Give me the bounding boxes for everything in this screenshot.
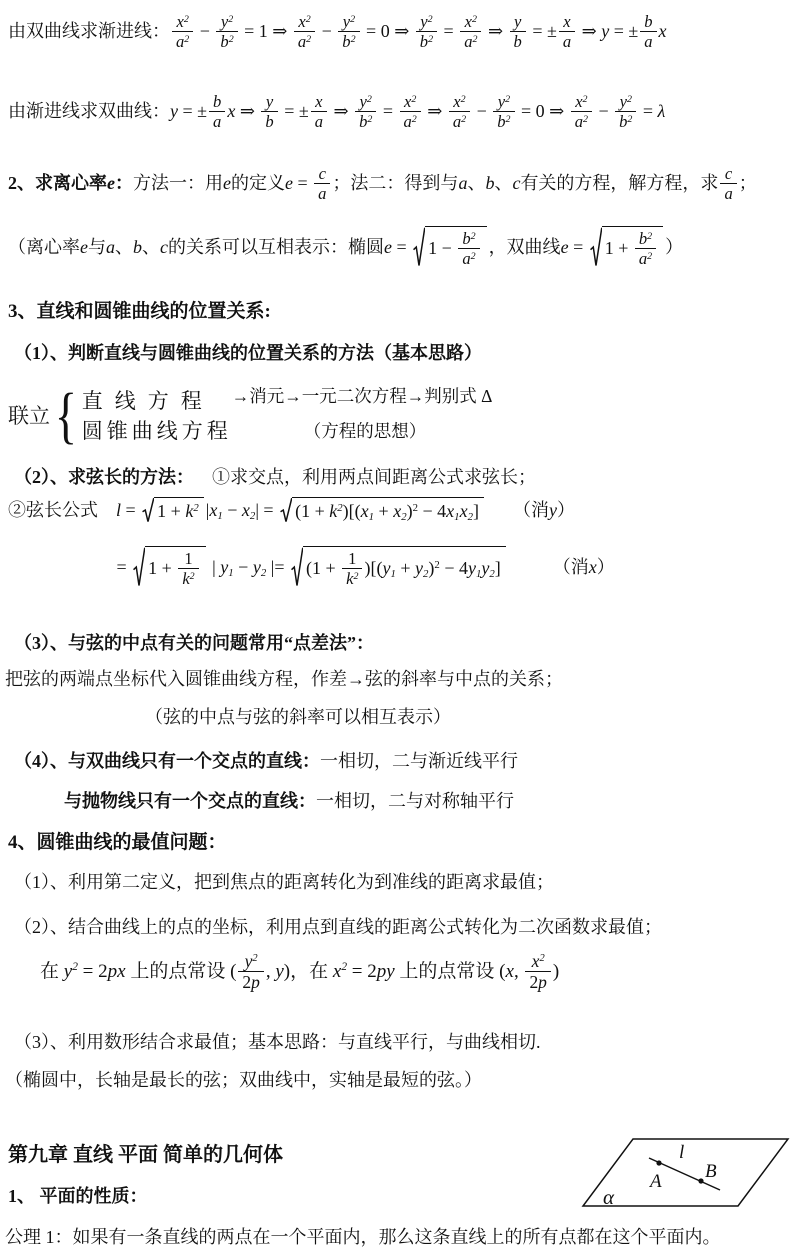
formula-token: b [213,92,221,111]
formula-token: k2 [329,500,342,523]
fraction: ca [720,164,736,203]
formula-token: p [251,972,260,992]
fraction: x2a2 [571,92,592,131]
formula-token: px [108,960,126,984]
formula-token: e [107,172,115,195]
formula-token: a2 [298,32,311,51]
formula-token: = 0 ⇒ [362,20,414,43]
fraction: y2b2 [493,92,514,131]
formula-token: x2 [298,12,310,31]
formula-token: = 2 [78,960,108,984]
formula-token: 、 [142,236,160,259]
formula-token: ，双曲线 [489,236,561,259]
formula-token: c [512,172,520,195]
formula-token: （消 [486,499,549,522]
fraction: 1k2 [178,549,198,588]
formula-token: | = [255,499,278,522]
square-root: (1 + 1k2)[(y1 + y2)2 − 4y1y2] [291,546,506,588]
formula-token: = ± [178,100,207,123]
formula-token: y2 [245,951,258,971]
formula-token: 1 + [605,237,633,260]
formula-token: x2 [242,499,255,522]
formula-token: x [563,12,570,31]
formula-token: b [265,112,273,131]
formula-token: e [561,236,569,259]
formula-token: 有关的方程，解方程，求 [520,172,718,195]
formula-token: y2 [498,92,510,111]
fraction: xa [559,12,575,51]
alpha-label: α [603,1185,615,1209]
line-midpoint-slope-note: （弦的中点与弦的斜率可以相互表示） [145,706,451,729]
formula-token: x2 [460,500,473,523]
process-chain: →消元→一元二次方程→判别式 Δ （方程的思想） [232,386,493,443]
formula-token: = 2 [347,960,377,984]
equation-stack: 直线方程 圆锥曲线方程 [82,386,232,447]
formula-token: = [378,100,397,123]
formula-token: k2 [182,569,194,588]
heading-plane-properties: 1、 平面的性质： [8,1185,148,1208]
line-parabola-one-intersection: 与抛物线只有一个交点的直线：一相切，二与对称轴平行 [64,790,514,813]
formula-token: e [80,236,88,259]
formula-token: a [213,112,221,131]
formula-token: ） [557,499,575,522]
formula-token: − 4 [440,557,468,580]
formula-token: , [514,960,524,984]
formula-token: b2 [420,32,433,51]
formula-token: y [514,12,521,31]
formula-token: a2 [464,32,477,51]
formula-token: ⇒ [329,100,353,123]
formula-token: y2 [420,12,432,31]
fraction: x2a2 [294,12,315,51]
formula-token: ⇒ [235,100,259,123]
formula-token: ； [739,172,757,195]
formula-token: x2 [333,960,347,984]
formula-asymptote-from-hyperbola: 由双曲线求渐进线：x2a2 − y2b2 = 1 ⇒ x2a2 − y2b2 =… [8,12,667,51]
heading-line-conic-position: 3、直线和圆锥曲线的位置关系: [8,300,271,324]
formula-token: + [396,557,415,580]
line-ellipse-hyperbola-chord-note: （椭圆中，长轴是最长的弦；双曲线中，实轴是最短的弦。） [5,1069,482,1092]
formula-token: e [384,236,392,259]
formula-token: y2 [221,12,233,31]
formula-token: ②弦长公式 [8,499,116,522]
formula-token: y [601,20,609,43]
formula-token: x2 [393,500,406,523]
heading-chapter-nine: 第九章 直线 平面 简单的几何体 [8,1143,283,1168]
subheading-judge-position-method: （1）、判断直线与圆锥曲线的位置关系的方法（基本思路） [14,342,482,365]
formula-token: 与抛物线只有一个交点的直线： [64,790,316,813]
formula-token: y2 [620,92,632,111]
formula-token: a2 [404,112,417,131]
left-brace-icon: { [55,382,77,450]
formula-token: 2 [529,972,538,992]
formula-token: = 0 ⇒ [517,100,569,123]
formula-token: 一相切，二与渐近线平行 [320,750,518,773]
square-root: 1 + k2 [142,497,204,523]
formula-token: y2 [343,12,355,31]
formula-token: x2 [465,12,477,31]
formula-token: , [266,960,276,984]
fraction: y22p [238,951,263,992]
formula-token: λ [658,100,666,123]
formula-token: x1 [209,499,222,522]
formula-token: 、 [467,172,485,195]
formula-token: )，在 [284,960,333,984]
formula-token: x [227,100,235,123]
formula-token: x2 [532,951,545,971]
formula-token: x [659,20,667,43]
fraction: yb [510,12,526,51]
formula-token: = [121,499,140,522]
formula-token: 在 [40,960,64,984]
formula-token: x1 [361,500,374,523]
formula-token: x [589,556,597,579]
formula-token: − [594,100,613,123]
formula-token: ) [553,960,559,984]
subheading-midpoint-method: （3）、与弦的中点有关的问题常用“点差法”： [14,632,374,655]
formula-token: − [472,100,491,123]
formula-token: )2 [407,500,418,523]
formula-token: ；法二：得到与 [332,172,458,195]
formula-token: )2 [428,557,439,580]
formula-token: b2 [619,112,632,131]
formula-token: x2 [404,92,416,111]
formula-token: y1 [220,556,233,579]
formula-token: p [538,972,547,992]
conic-equation-label: 圆锥曲线方程 [82,416,232,446]
fraction: x2a2 [460,12,481,51]
formula-token: 1 [348,549,356,568]
fraction: y2b2 [338,12,359,51]
formula-token: （2）、求弦长的方法： [14,466,194,489]
line-eccentricity-methods: 2、求离心率e：方法一：用e的定义e = ca；法二：得到与a、b、c有关的方程… [8,164,757,203]
formula-token: a [315,112,323,131]
formula-token: = [439,20,458,43]
formula-token: 1 [184,549,192,568]
fraction: x2a2 [449,92,470,131]
formula-token: − [223,499,242,522]
formula-token: （4）、与双曲线只有一个交点的直线： [14,750,320,773]
line-point-difference-description: 把弦的两端点坐标代入圆锥曲线方程，作差→弦的斜率与中点的关系； [5,668,563,691]
formula-token: )[( [343,500,361,523]
fraction: xa [311,92,327,131]
formula-token: b2 [639,229,652,248]
formula-token: y1 [468,557,481,580]
fraction: ca [314,164,330,203]
fraction: x22p [525,951,550,992]
formula-token: b [644,12,652,31]
formula-token: 由渐进线求双曲线： [8,100,170,123]
formula-token: 、 [115,236,133,259]
fraction: y2b2 [216,12,237,51]
formula-token: ⇒ [577,20,601,43]
formula-token: = ± [280,100,309,123]
formula-token: | [208,556,221,579]
formula-token: a [644,32,652,51]
formula-token: 2、求离心率 [8,172,107,195]
formula-token: |= [266,556,289,579]
formula-token: = [293,172,312,195]
line-extremum-method-1: （1）、利用第二定义，把到焦点的距离转化为到准线的距离求最值； [14,871,554,894]
line-chord-length-method: （2）、求弦长的方法： ①求交点，利用两点间距离公式求弦长； [14,466,536,489]
formula-chord-length-eliminate-y: ②弦长公式 l = 1 + k2|x1 − x2| = (1 + k2)[(x1… [8,497,575,523]
formula-token: = ± [609,20,638,43]
formula-token: 的定义 [231,172,285,195]
formula-token: − [317,20,336,43]
formula-token: y [266,92,273,111]
formula-token: ） [665,236,683,259]
formula-token: 1 − [428,237,456,260]
formula-token: b [485,172,494,195]
fraction: yb [261,92,277,131]
formula-token: ] [473,500,479,523]
formula-token: 1 + [148,557,176,580]
formula-token: c [725,164,732,183]
formula-token: + [374,500,393,523]
formula-token: a2 [176,32,189,51]
formula-token: = [638,100,657,123]
formula-token: 一相切，二与对称轴平行 [316,790,514,813]
square-root: 1 + 1k2 [133,546,205,588]
formula-token: − [234,556,253,579]
formula-token: ⇒ [423,100,447,123]
formula-token: = [569,236,588,259]
formula-token: y1 [382,557,395,580]
lianli-label: 联立 [8,403,50,429]
line-extremum-method-3: （3）、利用数形结合求最值；基本思路：与直线平行，与曲线相切. [14,1031,541,1054]
formula-token: a [106,236,115,259]
square-root: 1 − b2a2 [413,226,486,268]
fraction: b2a2 [458,229,479,268]
fraction: x2a2 [400,92,421,131]
formula-token: (1 + [295,500,329,523]
formula-token: b [133,236,142,259]
formula-token: （消 [508,556,589,579]
formula-token: py [377,960,395,984]
formula-token: − 4 [418,500,446,523]
formula-token: x2 [575,92,587,111]
line-l-label: l [679,1142,684,1163]
block-simultaneous-equations: 联立 { 直线方程 圆锥曲线方程 →消元→一元二次方程→判别式 Δ （方程的思想… [8,382,492,450]
formula-token: c [160,236,168,259]
formula-token: ） [597,556,615,579]
formula-token: ①求交点，利用两点间距离公式求弦长； [194,466,536,489]
formula-token: 、 [494,172,512,195]
formula-token: y2 [360,92,372,111]
elimination-chain-text: →消元→一元二次方程→判别式 Δ [232,386,493,408]
fraction: ba [640,12,656,51]
formula-token: 由双曲线求渐进线： [8,20,170,43]
line-axiom-1: 公理 1：如果有一条直线的两点在一个平面内，那么这条直线上的所有点都在这个平面内… [5,1226,721,1249]
formula-token: y2 [481,557,494,580]
fraction: x2a2 [172,12,193,51]
formula-token: e [223,172,231,195]
formula-token: a [458,172,467,195]
formula-token: y2 [415,557,428,580]
line-extremum-method-2: （2）、结合曲线上的点的坐标，利用点到直线的距离公式转化为二次函数求最值； [14,916,662,939]
point-b-label: B [705,1161,717,1182]
formula-token: c [319,164,326,183]
formula-token: x2 [453,92,465,111]
formula-token: a2 [462,249,475,268]
point-b-dot [698,1178,703,1183]
point-a-dot [656,1160,661,1165]
formula-token: (1 + [306,557,340,580]
formula-token: x [506,960,514,984]
fraction: ba [209,92,225,131]
formula-token: = [112,556,131,579]
formula-token: ] [495,557,501,580]
square-root: (1 + k2)[(x1 + x2)2 − 4x1x2] [280,497,484,523]
formula-token: a [563,32,571,51]
formula-parabola-point-setting: 在 y2 = 2px 上的点常设 (y22p, y)，在 x2 = 2py 上的… [40,951,559,992]
fraction: y2b2 [416,12,437,51]
line-hyperbola-one-intersection: （4）、与双曲线只有一个交点的直线：一相切，二与渐近线平行 [14,750,518,773]
formula-token: b2 [497,112,510,131]
formula-token: a [318,184,326,203]
formula-token: x2 [176,12,188,31]
formula-token: )[( [364,557,382,580]
formula-token: 上的点常设 ( [395,960,506,984]
formula-hyperbola-from-asymptote: 由渐进线求双曲线：y = ±bax ⇒ yb = ±xa ⇒ y2b2 = x2… [8,92,665,131]
formula-token: 方法一：用 [133,172,223,195]
formula-token: = 1 ⇒ [240,20,292,43]
formula-token: e [285,172,293,195]
heading-conic-extremum: 4、圆锥曲线的最值问题： [8,831,227,855]
fraction: b2a2 [635,229,656,268]
formula-token: 1 + [157,500,185,523]
formula-token: y2 [64,960,78,984]
formula-token: 与 [88,236,106,259]
formula-token: − [195,20,214,43]
point-a-label: A [648,1171,662,1192]
formula-token: x1 [446,500,459,523]
formula-token: b2 [359,112,372,131]
formula-token: b [514,32,522,51]
formula-token: 上的点常设 ( [126,960,237,984]
square-root: 1 + b2a2 [590,226,663,268]
formula-token: a [724,184,732,203]
formula-token: k2 [185,500,198,523]
plane-diagram: A B l α [578,1126,793,1214]
formula-token: ： [115,172,133,195]
formula-token: y [275,960,283,984]
formula-token: = ± [528,20,557,43]
formula-token: a2 [575,112,588,131]
formula-token: b2 [220,32,233,51]
fraction: y2b2 [355,92,376,131]
line-eccentricity-relations: （离心率e与a、b、c的关系可以互相表示：椭圆e = 1 − b2a2，双曲线e… [8,226,683,268]
formula-token: b2 [342,32,355,51]
formula-token: a2 [639,249,652,268]
equation-thought-note: （方程的思想） [304,421,493,443]
formula-token: y [170,100,178,123]
formula-chord-length-eliminate-x: = 1 + 1k2 | y1 − y2 |= (1 + 1k2)[(y1 + y… [112,546,615,588]
formula-token: ⇒ [483,20,507,43]
formula-token: 2 [242,972,251,992]
formula-token: = [392,236,411,259]
formula-token: （离心率 [8,236,80,259]
line-equation-label: 直线方程 [82,386,232,416]
fraction: y2b2 [615,92,636,131]
formula-token: y2 [253,556,266,579]
formula-token: x [315,92,322,111]
formula-token: a2 [453,112,466,131]
fraction: 1k2 [342,549,362,588]
formula-token: y [549,499,557,522]
formula-token: b2 [462,229,475,248]
formula-token: k2 [346,569,358,588]
formula-token: 的关系可以互相表示：椭圆 [168,236,384,259]
